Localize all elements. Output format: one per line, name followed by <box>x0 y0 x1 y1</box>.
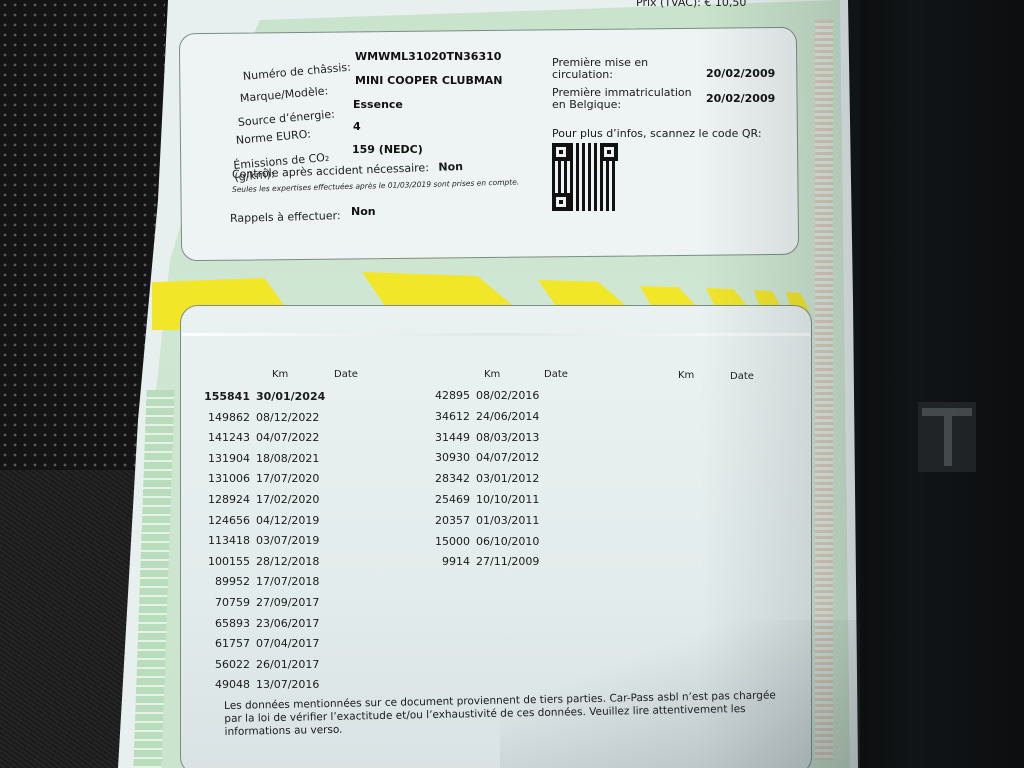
mileage-date: 08/12/2022 <box>256 411 319 424</box>
mileage-date: 27/11/2009 <box>476 555 539 568</box>
mileage-km: 15000 <box>420 535 470 548</box>
mileage-date: 08/03/2013 <box>476 431 539 444</box>
mileage-row: 7075927/09/2017 <box>200 596 319 609</box>
mileage-row: 6175707/04/2017 <box>200 637 319 650</box>
mileage-km: 31449 <box>420 431 470 444</box>
first-belgium-label: Première immatriculation en Belgique: <box>552 87 692 111</box>
mileage-km: 89952 <box>200 575 250 588</box>
mileage-date: 24/06/2014 <box>476 410 539 423</box>
mileage-row: 15584130/01/2024 <box>200 390 325 403</box>
qr-finder-icon <box>552 143 570 161</box>
recalls-value: Non <box>351 205 376 218</box>
col3-date-header: Date <box>730 371 754 382</box>
mileage-date: 13/07/2016 <box>256 678 319 691</box>
mileage-row: 13100617/07/2020 <box>200 472 319 485</box>
mileage-row: 3144908/03/2013 <box>420 431 539 444</box>
mileage-row: 12892417/02/2020 <box>200 493 319 506</box>
mileage-km: 131904 <box>200 452 250 465</box>
chassis-value: WMWML31020TN36310 <box>355 50 501 63</box>
mileage-row: 14124304/07/2022 <box>200 431 319 444</box>
mileage-row: 2546910/10/2011 <box>420 493 539 506</box>
mileage-km: 9914 <box>420 555 470 568</box>
mileage-km: 100155 <box>200 555 250 568</box>
mileage-km: 149862 <box>200 411 250 424</box>
mileage-date: 17/07/2020 <box>256 472 319 485</box>
mileage-km: 131006 <box>200 472 250 485</box>
col1-km-header: Km <box>272 369 288 380</box>
mileage-date: 06/10/2010 <box>476 535 539 548</box>
mileage-date: 28/12/2018 <box>256 555 319 568</box>
mileage-km: 70759 <box>200 596 250 609</box>
mileage-row: 6589323/06/2017 <box>200 617 319 630</box>
car-seat-right <box>840 0 1024 768</box>
qr-code-icon[interactable] <box>552 143 618 211</box>
mileage-date: 01/03/2011 <box>476 514 539 527</box>
mileage-date: 17/07/2018 <box>256 575 319 588</box>
mileage-date: 07/04/2017 <box>256 637 319 650</box>
paper-fold-crease <box>182 333 810 336</box>
mileage-km: 49048 <box>200 678 250 691</box>
mileage-row: 1500006/10/2010 <box>420 535 539 548</box>
mileage-date: 18/08/2021 <box>256 452 319 465</box>
first-circulation-value: 20/02/2009 <box>706 67 775 80</box>
mileage-km: 20357 <box>420 514 470 527</box>
mileage-date: 04/07/2022 <box>256 431 319 444</box>
mileage-km: 141243 <box>200 431 250 444</box>
mileage-date: 30/01/2024 <box>256 390 325 403</box>
mileage-row: 3461224/06/2014 <box>420 410 539 423</box>
mileage-row: 5602226/01/2017 <box>200 658 319 671</box>
col2-km-header: Km <box>484 369 500 380</box>
mileage-date: 03/07/2019 <box>256 534 319 547</box>
mileage-row: 4904813/07/2016 <box>200 678 319 691</box>
mileage-row: 4289508/02/2016 <box>420 389 539 402</box>
accident-check-value: Non <box>438 160 463 174</box>
first-belgium-value: 20/02/2009 <box>706 92 775 105</box>
mileage-row: 13190418/08/2021 <box>200 452 319 465</box>
mileage-km: 128924 <box>200 493 250 506</box>
mileage-km: 155841 <box>200 390 250 403</box>
qr-finder-icon <box>552 193 570 211</box>
right-security-stripe <box>815 20 833 760</box>
make-model-value: MINI COOPER CLUBMAN <box>355 74 503 87</box>
mileage-row: 8995217/07/2018 <box>200 575 319 588</box>
mileage-km: 113418 <box>200 534 250 547</box>
mileage-row: 2834203/01/2012 <box>420 472 539 485</box>
mileage-km: 42895 <box>420 389 470 402</box>
mileage-km: 124656 <box>200 514 250 527</box>
mileage-date: 17/02/2020 <box>256 493 319 506</box>
mileage-date: 04/07/2012 <box>476 451 539 464</box>
mileage-row: 10015528/12/2018 <box>200 555 319 568</box>
mileage-row: 14986208/12/2022 <box>200 411 319 424</box>
mileage-row: 991427/11/2009 <box>420 555 539 568</box>
qr-finder-icon <box>600 143 618 161</box>
col2-date-header: Date <box>544 369 568 380</box>
mileage-date: 10/10/2011 <box>476 493 539 506</box>
first-circulation-label: Première mise en circulation: <box>552 57 682 81</box>
mileage-km: 25469 <box>420 493 470 506</box>
mileage-km: 34612 <box>420 410 470 423</box>
mileage-km: 30930 <box>420 451 470 464</box>
col1-date-header: Date <box>334 369 358 380</box>
co2-value: 159 (NEDC) <box>352 143 423 156</box>
mileage-date: 26/01/2017 <box>256 658 319 671</box>
mileage-km: 65893 <box>200 617 250 630</box>
mileage-date: 27/09/2017 <box>256 596 319 609</box>
mileage-row: 11341803/07/2019 <box>200 534 319 547</box>
energy-value: Essence <box>353 98 403 111</box>
col3-km-header: Km <box>678 370 694 381</box>
qr-prompt: Pour plus d’infos, scannez le code QR: <box>552 127 762 140</box>
mileage-row: 12465604/12/2019 <box>200 514 319 527</box>
mileage-km: 61757 <box>200 637 250 650</box>
mileage-date: 23/06/2017 <box>256 617 319 630</box>
mileage-row: 2035701/03/2011 <box>420 514 539 527</box>
mileage-date: 03/01/2012 <box>476 472 539 485</box>
mileage-row: 3093004/07/2012 <box>420 451 539 464</box>
mileage-km: 28342 <box>420 472 470 485</box>
mileage-date: 04/12/2019 <box>256 514 319 527</box>
union-jack-emblem-icon <box>918 402 976 472</box>
euro-norm-value: 4 <box>353 120 361 133</box>
price-label: Prix (TVAC): € 10,50 <box>636 0 746 9</box>
mileage-date: 08/02/2016 <box>476 389 539 402</box>
mileage-km: 56022 <box>200 658 250 671</box>
